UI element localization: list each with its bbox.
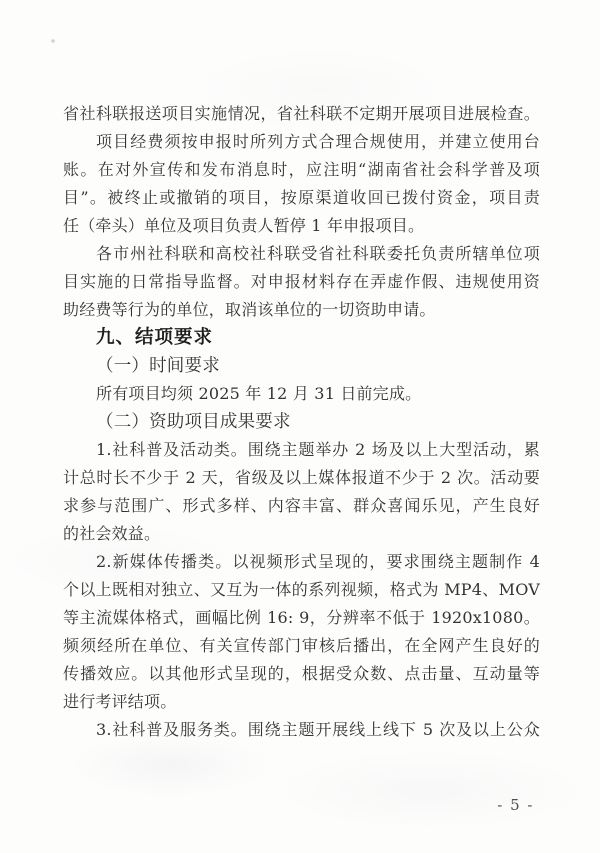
- text-line-23: 3.社科普及服务类。围绕主题开展线上线下 5 次及以上公众: [63, 716, 540, 744]
- text-line-10: （一）时间要求: [63, 352, 540, 380]
- text-line-8: 助经费等行为的单位，取消该单位的一切资助申请。: [63, 296, 540, 324]
- page-number: - 5 -: [497, 793, 534, 817]
- text-line-7: 目实施的日常指导监督。对申报材料存在弄虚作假、违规使用资: [63, 268, 540, 296]
- text-line-18: 个以上既相对独立、又互为一体的系列视频，格式为 MP4、MOV: [63, 576, 540, 604]
- text-line-21: 传播效应。以其他形式呈现的，根据受众数、点击量、互动量等: [63, 660, 540, 688]
- text-line-15: 求参与范围广、形式多样、内容丰富、群众喜闻乐见，产生良好: [63, 492, 540, 520]
- text-line-22: 进行考评结项。: [63, 688, 540, 716]
- text-line-16: 的社会效益。: [63, 520, 540, 548]
- text-line-20: 频须经所在单位、有关宣传部门审核后播出，在全网产生良好的: [63, 632, 540, 660]
- text-line-1: 省社科联报送项目实施情况，省社科联不定期开展项目进展检查。: [63, 100, 540, 128]
- text-line-19: 等主流媒体格式，画幅比例 16: 9，分辨率不低于 1920x1080。视: [63, 604, 540, 632]
- text-line-6: 各市州社科联和高校社科联受省社科联委托负责所辖单位项: [63, 240, 540, 268]
- text-line-2: 项目经费须按申报时所列方式合理合规使用，并建立使用台: [63, 128, 540, 156]
- text-line-11: 所有项目均须 2025 年 12 月 31 日前完成。: [63, 380, 540, 408]
- text-line-4: 目”。被终止或撤销的项目，按原渠道收回已拨付资金，项目责: [63, 184, 540, 212]
- text-line-12: （二）资助项目成果要求: [63, 408, 540, 436]
- text-line-5: 任（牵头）单位及项目负责人暂停 1 年申报项目。: [63, 212, 540, 240]
- document-body: 省社科联报送项目实施情况，省社科联不定期开展项目进展检查。项目经费须按申报时所列…: [63, 100, 540, 744]
- text-line-9: 九、结项要求: [63, 324, 540, 352]
- text-line-3: 账。在对外宣传和发布消息时，应注明“湖南省社会科学普及项: [63, 156, 540, 184]
- text-line-17: 2.新媒体传播类。以视频形式呈现的，要求围绕主题制作 4: [63, 548, 540, 576]
- text-line-13: 1.社科普及活动类。围绕主题举办 2 场及以上大型活动，累: [63, 436, 540, 464]
- scanned-document-page: 省社科联报送项目实施情况，省社科联不定期开展项目进展检查。项目经费须按申报时所列…: [0, 0, 600, 853]
- text-line-14: 计总时长不少于 2 天，省级及以上媒体报道不少于 2 次。活动要: [63, 464, 540, 492]
